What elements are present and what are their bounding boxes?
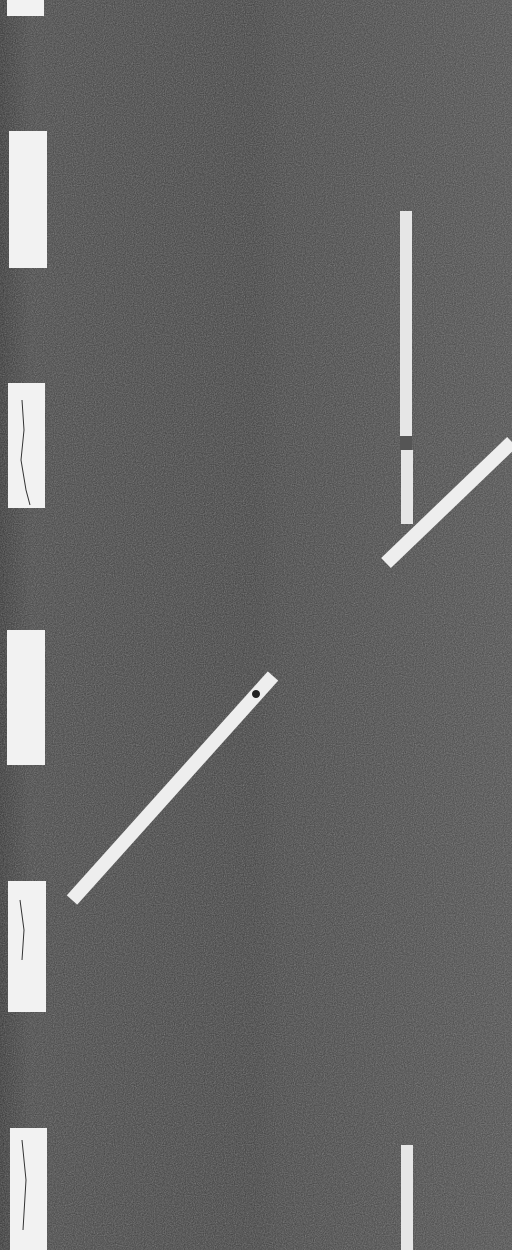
lane-line-worn-gap <box>400 436 412 450</box>
edge-dash <box>8 881 46 1012</box>
road-surface-image <box>0 0 512 1250</box>
edge-dash <box>9 131 47 268</box>
line-damage-spot <box>252 690 260 698</box>
edge-dash <box>7 0 44 16</box>
edge-dash <box>10 1128 47 1250</box>
lane-line-segment <box>401 1145 413 1250</box>
lane-line-segment <box>400 211 412 436</box>
edge-dash <box>8 383 45 508</box>
lane-line-segment <box>401 450 413 524</box>
asphalt-texture <box>0 0 512 1250</box>
edge-dash <box>7 630 45 765</box>
